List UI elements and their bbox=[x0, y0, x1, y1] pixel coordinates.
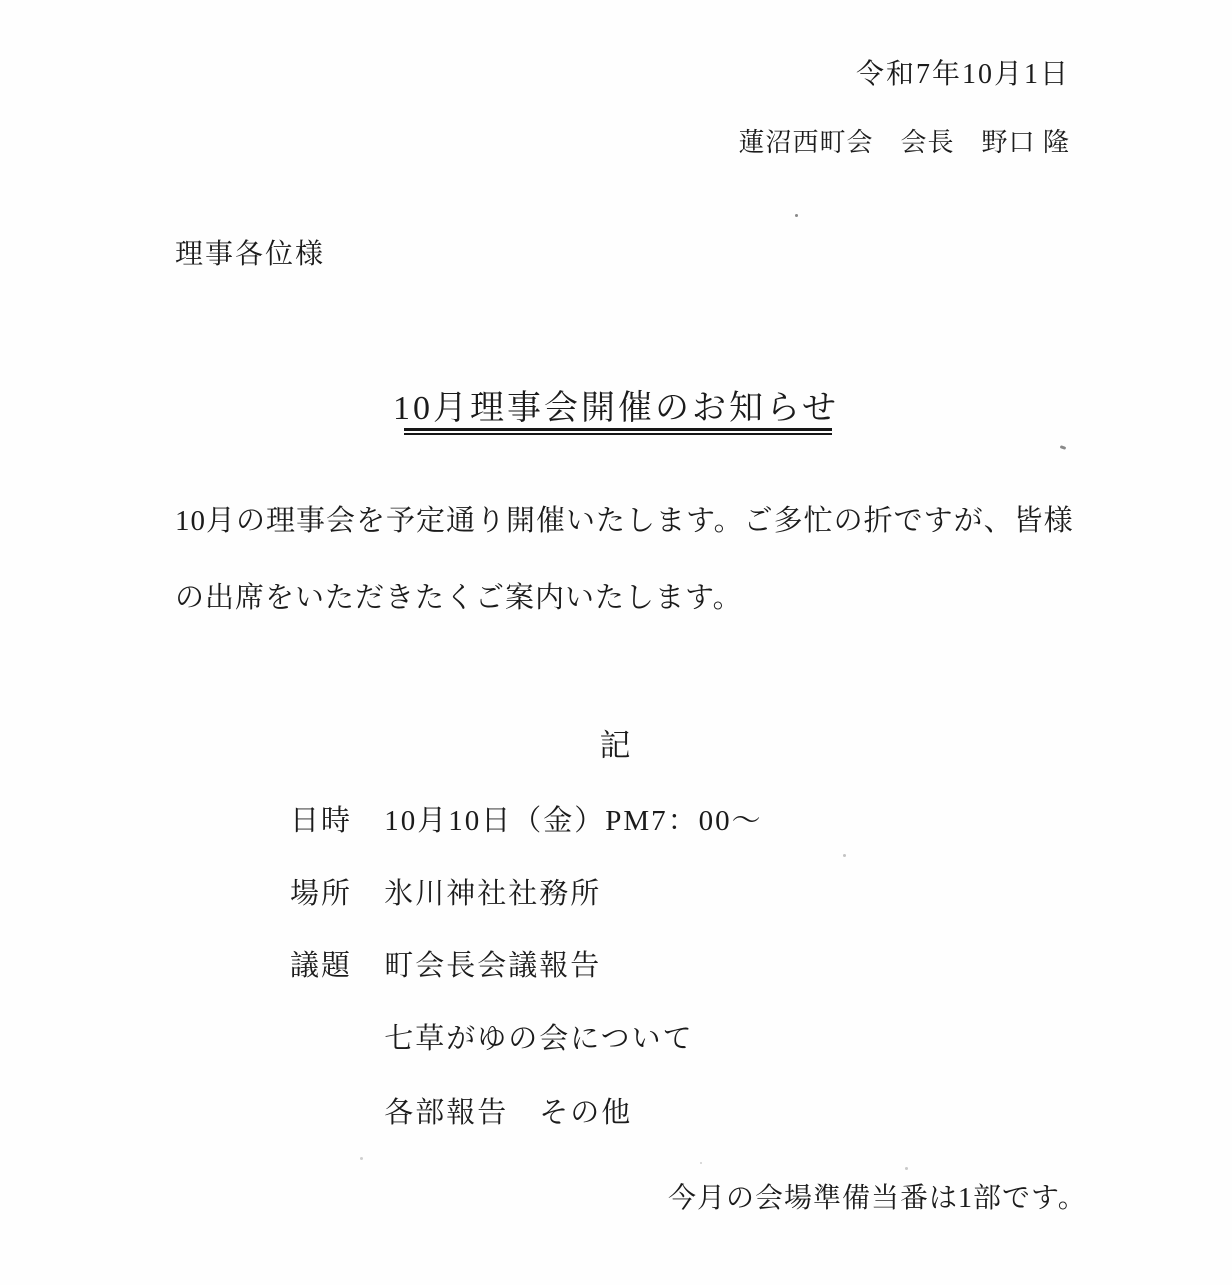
detail-row-place: 場所 氷川神社社務所 bbox=[290, 871, 601, 912]
body-paragraph-line-2: の出席をいただきたくご案内いたします。 bbox=[175, 575, 743, 616]
title-underline bbox=[404, 428, 832, 435]
detail-value: 氷川神社社務所 bbox=[384, 878, 601, 910]
scanned-notice-document: 令和7年10月1日 蓮沼西町会 会長 野口 隆 理事各位様 10月理事会開催のお… bbox=[0, 0, 1232, 1285]
detail-row-agenda-item-2: 七草がゆの会について bbox=[290, 1016, 694, 1057]
detail-value: 町会長会議報告 bbox=[384, 950, 601, 982]
body-paragraph-line-1: 10月の理事会を予定通り開催いたします。ご多忙の折ですが、皆様 bbox=[175, 498, 1074, 539]
detail-label: 議題 bbox=[290, 943, 375, 984]
sender-line: 蓮沼西町会 会長 野口 隆 bbox=[738, 122, 1070, 159]
scan-speck bbox=[905, 1167, 908, 1170]
detail-value: 七草がゆの会について bbox=[384, 1023, 693, 1055]
document-date: 令和7年10月1日 bbox=[856, 52, 1070, 92]
scan-speck bbox=[795, 214, 798, 217]
document-title: 10月理事会開催のお知らせ bbox=[387, 380, 845, 435]
record-marker: 記 bbox=[0, 720, 1232, 765]
recipient-line: 理事各位様 bbox=[175, 232, 325, 272]
scan-speck bbox=[700, 1162, 702, 1164]
detail-label: 日時 bbox=[290, 798, 375, 839]
detail-row-agenda-item-3: 各部報告 その他 bbox=[290, 1090, 632, 1131]
scan-speck bbox=[1060, 445, 1067, 450]
scan-speck bbox=[843, 854, 846, 857]
detail-label: 場所 bbox=[290, 871, 375, 912]
scan-speck bbox=[360, 1157, 363, 1160]
detail-value: 10月10日（金）PM7：00～ bbox=[384, 805, 762, 837]
detail-row-datetime: 日時 10月10日（金）PM7：00～ bbox=[290, 798, 763, 839]
detail-value: 各部報告 その他 bbox=[384, 1097, 632, 1129]
footer-note: 今月の会場準備当番は1部です。 bbox=[668, 1176, 1087, 1216]
detail-row-agenda: 議題 町会長会議報告 bbox=[290, 943, 601, 984]
title-row: 10月理事会開催のお知らせ bbox=[0, 380, 1232, 435]
